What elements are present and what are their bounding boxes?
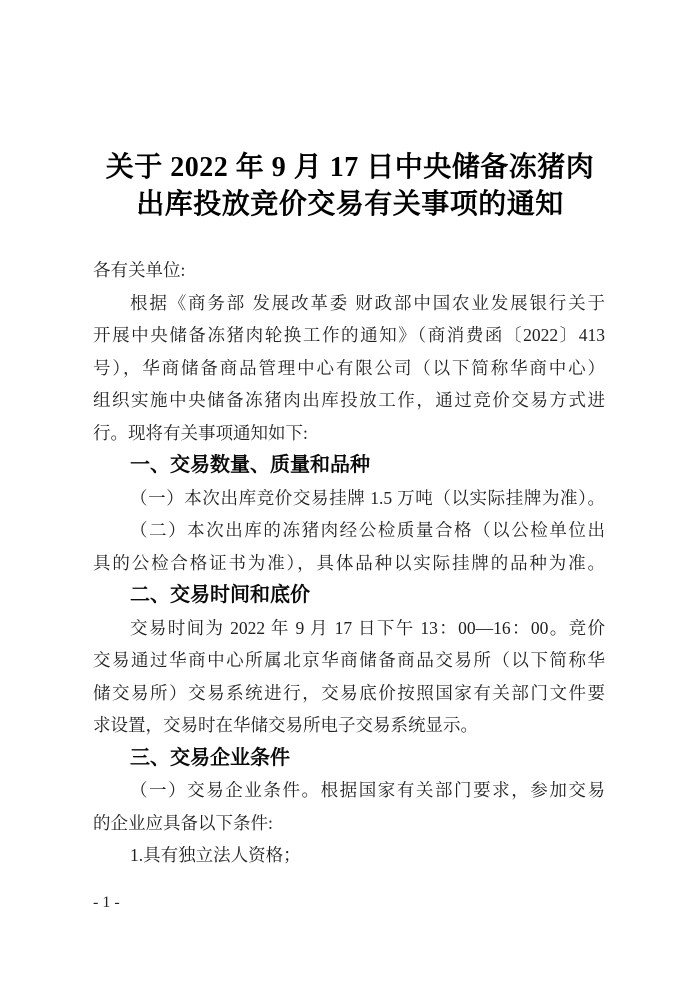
document-title: 关于 2022 年 9 月 17 日中央储备冻猪肉 出库投放竞价交易有关事项的通…: [0, 149, 700, 223]
text-line: 交易通过华商中心所属北京华商储备商品交易所（以下简称华: [93, 644, 605, 677]
text-line: 1.具有独立法人资格；: [93, 839, 605, 872]
text-line: （二）本次出库的冻猪肉经公检质量合格（以公检单位出: [93, 514, 605, 547]
text-line: 储交易所）交易系统进行，交易底价按照国家有关部门文件要: [93, 677, 605, 710]
text-line: 开展中央储备冻猪肉轮换工作的通知》（商消费函〔2022〕413: [93, 319, 605, 352]
section-heading: 一、交易数量、质量和品种: [93, 449, 605, 482]
page-number: - 1 -: [93, 893, 120, 913]
text-line: 求设置，交易时在华储交易所电子交易系统显示。: [93, 709, 605, 742]
text-line: 组织实施中央储备冻猪肉出库投放工作，通过竞价交易方式进: [93, 384, 605, 417]
text-line: 行。现将有关事项通知如下:: [93, 417, 605, 450]
section-heading: 二、交易时间和底价: [93, 579, 605, 612]
document-title-line2: 出库投放竞价交易有关事项的通知: [0, 186, 700, 223]
document-title-line1: 关于 2022 年 9 月 17 日中央储备冻猪肉: [0, 149, 700, 186]
text-line: 号），华商储备商品管理中心有限公司（以下简称华商中心）: [93, 352, 605, 385]
text-line: （一）交易企业条件。根据国家有关部门要求，参加交易: [93, 774, 605, 807]
text-line: 根据《商务部 发展改革委 财政部中国农业发展银行关于: [93, 287, 605, 320]
section-heading: 三、交易企业条件: [93, 742, 605, 775]
document-page: 关于 2022 年 9 月 17 日中央储备冻猪肉 出库投放竞价交易有关事项的通…: [0, 0, 700, 989]
text-line: 各有关单位:: [93, 254, 605, 287]
text-line: （一）本次出库竞价交易挂牌 1.5 万吨（以实际挂牌为准）。: [93, 482, 605, 515]
text-line: 具的公检合格证书为准），具体品种以实际挂牌的品种为准。: [93, 547, 605, 580]
text-line: 交易时间为 2022 年 9 月 17 日下午 13：00—16：00。竞价: [93, 612, 605, 645]
text-line: 的企业应具备以下条件:: [93, 807, 605, 840]
document-body: 各有关单位:根据《商务部 发展改革委 财政部中国农业发展银行关于开展中央储备冻猪…: [93, 254, 605, 872]
